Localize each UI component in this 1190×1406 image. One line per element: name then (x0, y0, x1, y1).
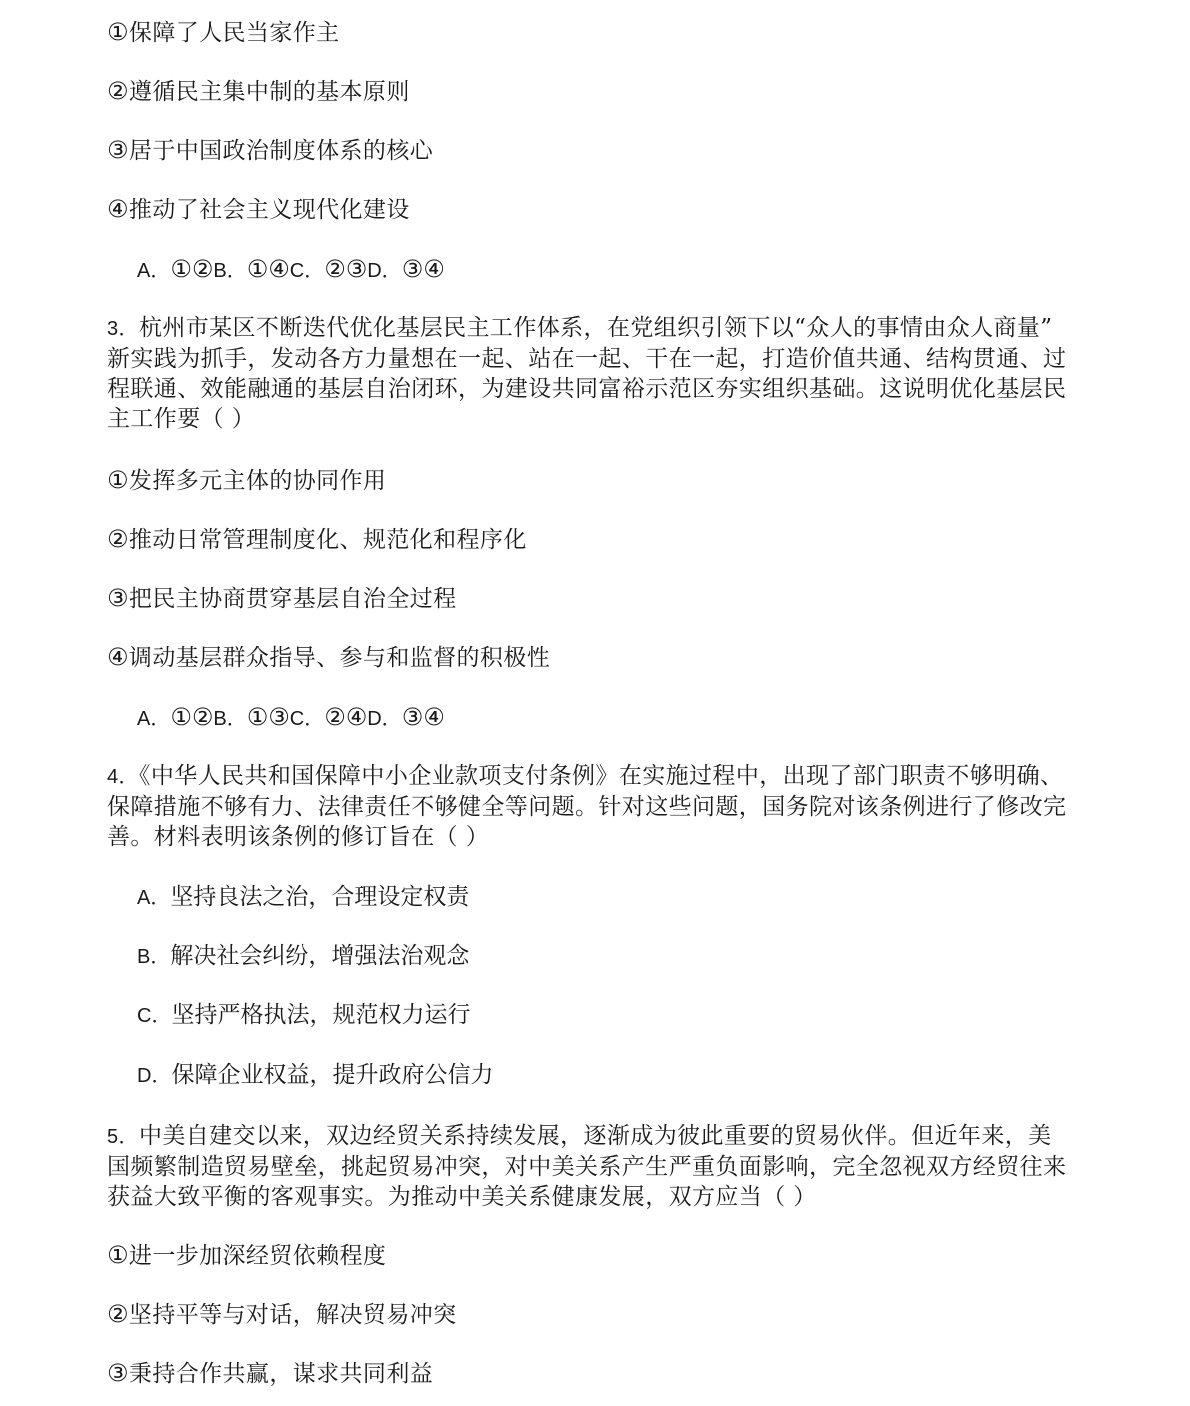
q4-stem-line-3: 善。材料表明该条例的修订旨在（ ） (107, 822, 1066, 852)
choice-value-c: ②③ (324, 255, 367, 283)
q3-statement-4: ④调动基层群众指导、参与和监督的积极性 (107, 642, 550, 673)
choice-letter-c: C． (290, 260, 324, 282)
circled-number: ② (107, 77, 129, 105)
choice-value-c: ②④ (324, 703, 367, 731)
q5-statement-2: ②坚持平等与对话，解决贸易冲突 (107, 1299, 457, 1330)
circled-number: ④ (107, 643, 129, 671)
q4-choice-d: D．保障企业权益，提升政府公信力 (137, 1060, 493, 1091)
choice-letter: C． (137, 1005, 171, 1027)
q4-choice-c: C．坚持严格执法，规范权力运行 (137, 1000, 470, 1031)
circled-number: ④ (107, 195, 129, 223)
question-number: 3． (107, 318, 139, 340)
q2-statement-1: ①保障了人民当家作主 (107, 17, 340, 48)
circled-number: ① (107, 466, 129, 494)
q3-stem-line-2: 新实践为抓手，发动各方力量想在一起、站在一起、干在一起，打造价值共通、结构贯通、… (107, 344, 1066, 374)
q5-statement-1: ①进一步加深经贸依赖程度 (107, 1240, 386, 1271)
choice-value-a: ①② (170, 255, 213, 283)
choice-letter-d: D． (367, 708, 401, 730)
choice-letter-c: C． (290, 708, 324, 730)
q4-choice-b: B．解决社会纠纷，增强法治观念 (137, 941, 469, 972)
statement-text: 把民主协商贯穿基层自治全过程 (129, 586, 457, 612)
circled-number: ② (107, 525, 129, 553)
q3-stem-line-3: 程联通、效能融通的基层自治闭环，为建设共同富裕示范区夯实组织基础。这说明优化基层… (107, 374, 1066, 404)
q3-choices: A．①②B．①③C．②④D．③④ (137, 702, 445, 734)
q5-stem-line-2: 国频繁制造贸易壁垒，挑起贸易冲突，对中美关系产生严重负面影响，完全忽视双方经贸往… (107, 1152, 1066, 1182)
choice-value-d: ③④ (402, 255, 445, 283)
q4-stem: 4．《中华人民共和国保障中小企业款项支付条例》在实施过程中，出现了部门职责不够明… (107, 761, 1066, 852)
statement-text: 秉持合作共赢，谋求共同利益 (129, 1361, 433, 1387)
circled-number: ① (107, 18, 129, 46)
statement-text: 进一步加深经贸依赖程度 (129, 1243, 386, 1269)
q4-stem-line-2: 保障措施不够有力、法律责任不够健全等问题。针对这些问题，国务院对该条例进行了修改… (107, 792, 1066, 822)
choice-value-d: ③④ (402, 703, 445, 731)
statement-text: 推动日常管理制度化、规范化和程序化 (129, 527, 527, 553)
circled-number: ① (107, 1241, 129, 1269)
statement-text: 调动基层群众指导、参与和监督的积极性 (129, 645, 550, 671)
choice-letter-a: A． (137, 260, 170, 282)
q3-statement-2: ②推动日常管理制度化、规范化和程序化 (107, 524, 527, 555)
q3-stem-line-1: 3．杭州市某区不断迭代优化基层民主工作体系，在党组织引领下以“众人的事情由众人商… (107, 313, 1066, 344)
q5-stem: 5．中美自建交以来，双边经贸关系持续发展，逐渐成为彼此重要的贸易伙伴。但近年来，… (107, 1121, 1066, 1212)
q3-stem-line-4: 主工作要（ ） (107, 404, 1066, 434)
circled-number: ② (107, 1300, 129, 1328)
statement-text: 保障了人民当家作主 (129, 20, 340, 46)
circled-number: ③ (107, 584, 129, 612)
choice-text: 解决社会纠纷，增强法治观念 (170, 943, 469, 969)
q5-stem-line-3: 获益大致平衡的客观事实。为推动中美关系健康发展，双方应当（ ） (107, 1182, 1066, 1212)
question-number: 4． (107, 766, 139, 788)
q5-statement-3: ③秉持合作共赢，谋求共同利益 (107, 1358, 433, 1389)
choice-value-a: ①② (170, 703, 213, 731)
choice-letter: B． (137, 946, 170, 968)
q4-stem-line-1: 4．《中华人民共和国保障中小企业款项支付条例》在实施过程中，出现了部门职责不够明… (107, 761, 1066, 792)
choice-letter: D． (137, 1065, 171, 1087)
statement-text: 推动了社会主义现代化建设 (129, 197, 410, 223)
statement-text: 遵循民主集中制的基本原则 (129, 79, 410, 105)
statement-text: 坚持平等与对话，解决贸易冲突 (129, 1302, 457, 1328)
choice-text: 保障企业权益，提升政府公信力 (171, 1062, 493, 1088)
circled-number: ③ (107, 136, 129, 164)
q3-statement-1: ①发挥多元主体的协同作用 (107, 465, 386, 496)
choice-letter: A． (137, 887, 170, 909)
q2-statement-2: ②遵循民主集中制的基本原则 (107, 76, 410, 107)
q2-choices: A．①②B．①④C．②③D．③④ (137, 254, 445, 286)
q3-stem: 3．杭州市某区不断迭代优化基层民主工作体系，在党组织引领下以“众人的事情由众人商… (107, 313, 1066, 434)
choice-letter-a: A． (137, 708, 170, 730)
q3-statement-3: ③把民主协商贯穿基层自治全过程 (107, 583, 457, 614)
q2-statement-3: ③居于中国政治制度体系的核心 (107, 135, 433, 166)
choice-text: 坚持良法之治，合理设定权责 (170, 884, 469, 910)
q4-choice-a: A．坚持良法之治，合理设定权责 (137, 882, 469, 913)
choice-letter-d: D． (367, 260, 401, 282)
question-number: 5． (107, 1126, 139, 1148)
statement-text: 居于中国政治制度体系的核心 (129, 138, 433, 164)
q2-statement-4: ④推动了社会主义现代化建设 (107, 194, 410, 225)
choice-value-b: ①③ (247, 703, 290, 731)
choice-text: 坚持严格执法，规范权力运行 (171, 1002, 470, 1028)
choice-letter-b: B． (213, 708, 246, 730)
choice-value-b: ①④ (247, 255, 290, 283)
circled-number: ③ (107, 1359, 129, 1387)
statement-text: 发挥多元主体的协同作用 (129, 468, 386, 494)
choice-letter-b: B． (213, 260, 246, 282)
q5-stem-line-1: 5．中美自建交以来，双边经贸关系持续发展，逐渐成为彼此重要的贸易伙伴。但近年来，… (107, 1121, 1066, 1152)
